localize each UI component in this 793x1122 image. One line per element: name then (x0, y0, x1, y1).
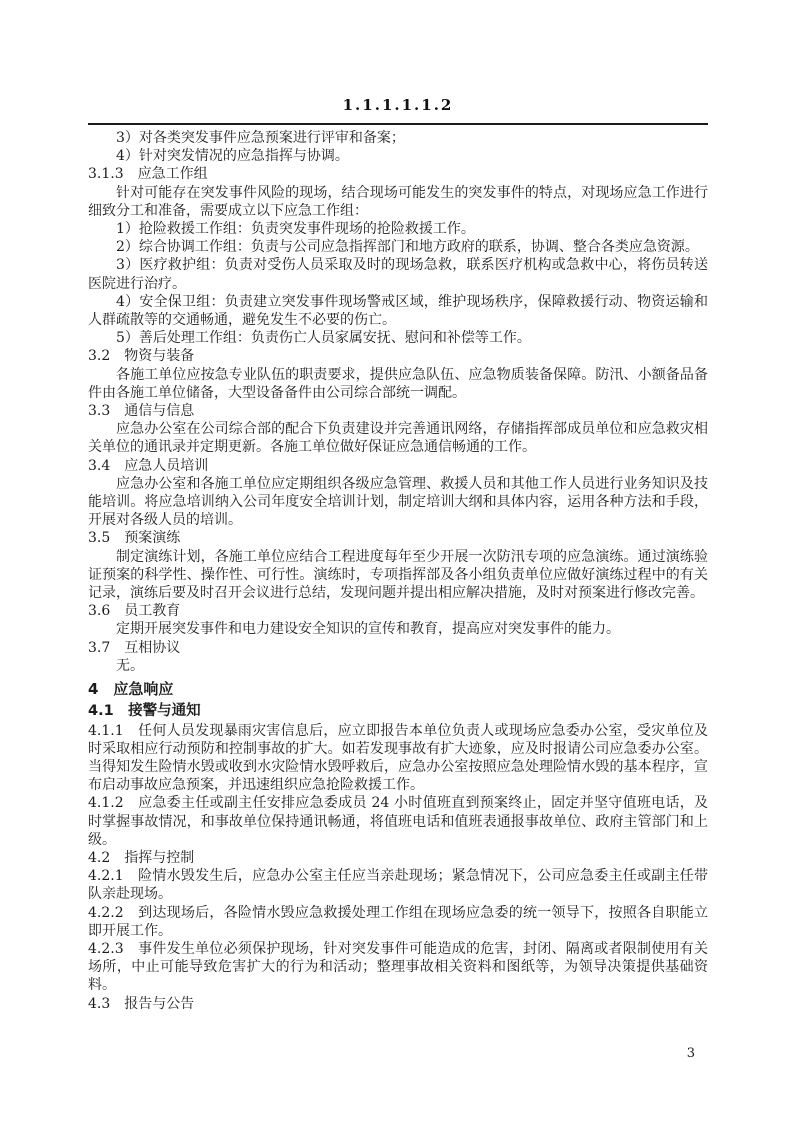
clause-heading: 3.7 互相协议 (88, 639, 708, 657)
clause-heading: 4.1.2 应急委主任或副主任安排应急委成员 24 小时值班直到预案终止，固定并… (88, 794, 708, 849)
chapter-heading: 4 应急响应 (88, 680, 708, 698)
clause-heading: 4.2.1 险情水毁发生后，应急办公室主任应当亲赴现场；紧急情况下，公司应急委主… (88, 867, 708, 903)
paragraph: 应急办公室在公司综合部的配合下负责建设并完善通讯网络，存储指挥部成员单位和应急救… (88, 420, 708, 456)
document-content: 1.1.1.1.1.2 3）对各类突发事件应急预案进行评审和备案；4）针对突发情… (88, 96, 708, 1013)
paragraph: 4）针对突发情况的应急指挥与协调。 (88, 147, 708, 165)
paragraph: 3）对各类突发事件应急预案进行评审和备案； (88, 129, 708, 147)
clause-heading: 4.2.3 事件发生单位必须保护现场，针对突发事件可能造成的危害，封闭、隔离或者… (88, 940, 708, 995)
paragraph: 1）抢险救援工作组：负责突发事件现场的抢险救援工作。 (88, 220, 708, 238)
clause-heading: 4.2 指挥与控制 (88, 849, 708, 867)
page-number: 3 (687, 1046, 695, 1061)
section-heading: 4.1 接警与通知 (88, 702, 708, 720)
clause-heading: 3.3 通信与信息 (88, 402, 708, 420)
page-header-title: 1.1.1.1.1.2 (88, 96, 708, 125)
clause-heading: 4.2.2 到达现场后，各险情水毁应急救援处理工作组在现场应急委的统一领导下，按… (88, 904, 708, 940)
paragraph: 各施工单位应按急专业队伍的职责要求，提供应急队伍、应急物质装备保障。防汛、小额备… (88, 366, 708, 402)
document-body: 3）对各类突发事件应急预案进行评审和备案；4）针对突发情况的应急指挥与协调。3.… (88, 129, 708, 1013)
clause-heading: 4.3 报告与公告 (88, 995, 708, 1013)
clause-heading: 3.6 员工教育 (88, 602, 708, 620)
paragraph: 针对可能存在突发事件风险的现场，结合现场可能发生的突发事件的特点，对现场应急工作… (88, 184, 708, 220)
paragraph: 2）综合协调工作组：负责与公司应急指挥部门和地方政府的联系，协调、整合各类应急资… (88, 238, 708, 256)
clause-heading: 4.1.1 任何人员发现暴雨灾害信息后，应立即报告本单位负责人或现场应急委办公室… (88, 722, 708, 795)
paragraph: 应急办公室和各施工单位应定期组织各级应急管理、救援人员和其他工作人员进行业务知识… (88, 475, 708, 530)
paragraph: 无。 (88, 657, 708, 675)
clause-heading: 3.4 应急人员培训 (88, 457, 708, 475)
clause-heading: 3.2 物资与装备 (88, 347, 708, 365)
paragraph: 定期开展突发事件和电力建设安全知识的宣传和教育，提高应对突发事件的能力。 (88, 620, 708, 638)
clause-heading: 3.1.3 应急工作组 (88, 165, 708, 183)
paragraph: 制定演练计划，各施工单位应结合工程进度每年至少开展一次防汛专项的应急演练。通过演… (88, 548, 708, 603)
clause-heading: 3.5 预案演练 (88, 529, 708, 547)
paragraph: 5）善后处理工作组：负责伤亡人员家属安抚、慰问和补偿等工作。 (88, 329, 708, 347)
document-page: 1.1.1.1.1.2 3）对各类突发事件应急预案进行评审和备案；4）针对突发情… (0, 0, 793, 1122)
paragraph: 3）医疗救护组：负责对受伤人员采取及时的现场急救，联系医疗机构或急救中心，将伤员… (88, 256, 708, 292)
paragraph: 4）安全保卫组：负责建立突发事件现场警戒区域，维护现场秩序，保障救援行动、物资运… (88, 293, 708, 329)
